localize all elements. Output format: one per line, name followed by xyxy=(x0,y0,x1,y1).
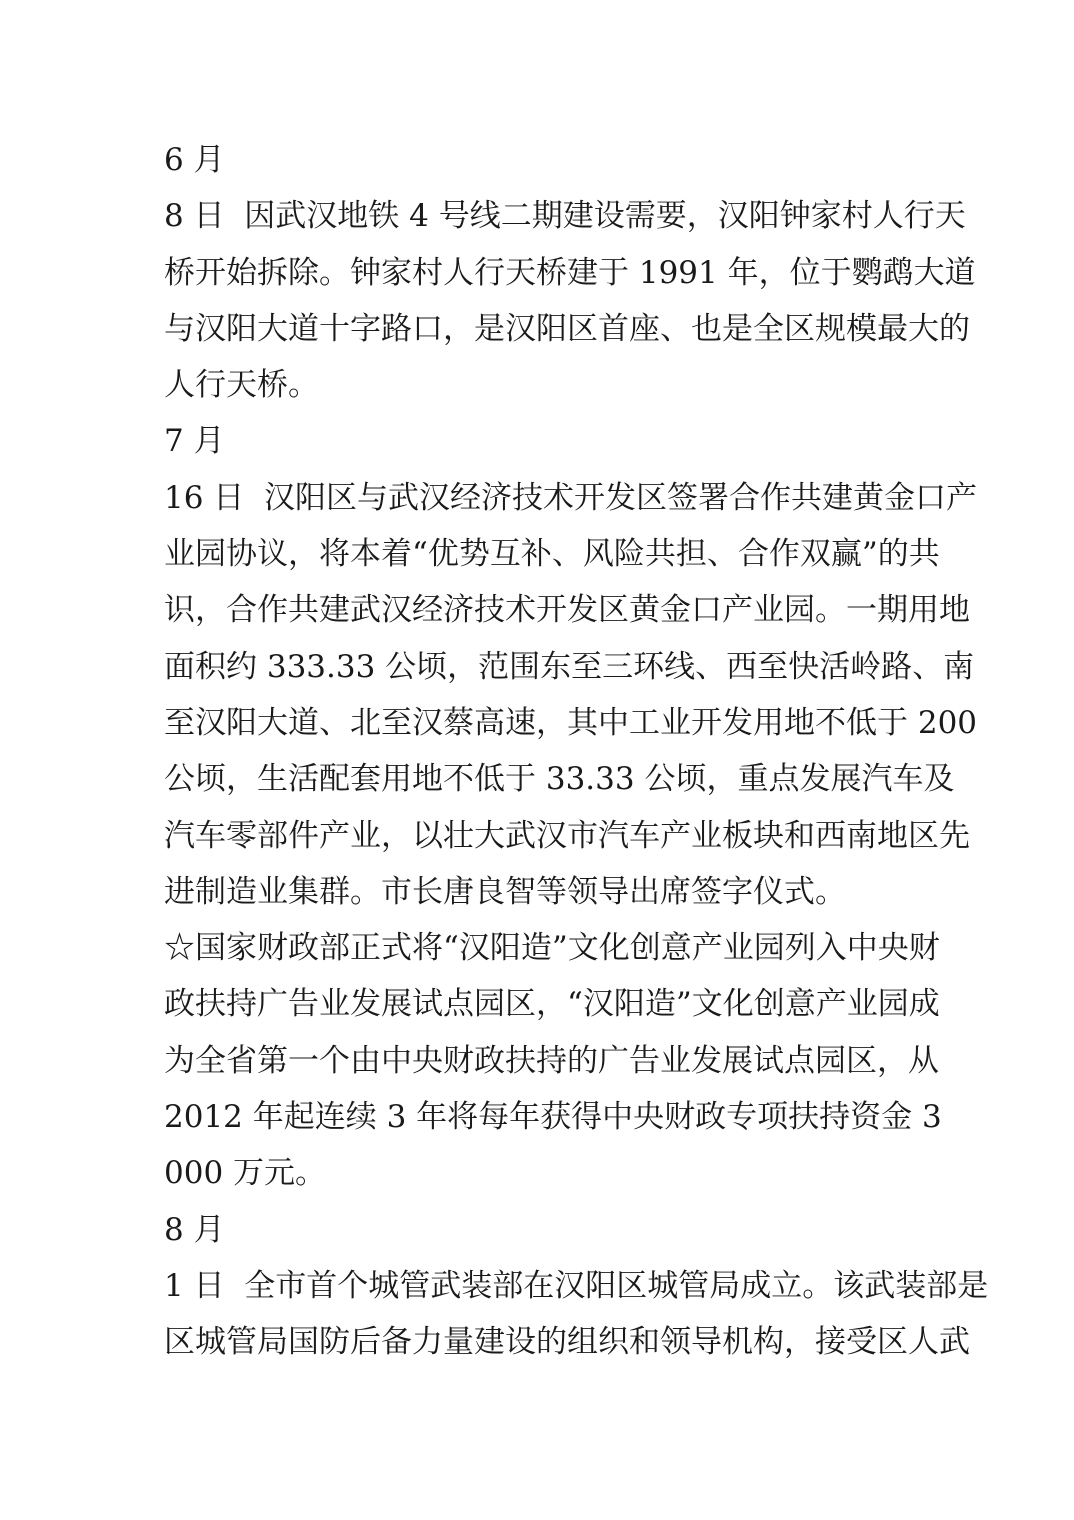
entry-line: 000 万元。 xyxy=(164,1153,914,1209)
entry-line: 8 日 因武汉地铁 4 号线二期建设需要，汉阳钟家村人行天 xyxy=(164,196,914,252)
entry-line: 16 日 汉阳区与武汉经济技术开发区签署合作共建黄金口产 xyxy=(164,478,914,534)
entry-line: 2012 年起连续 3 年将每年获得中央财政专项扶持资金 3 xyxy=(164,1097,914,1153)
entry-line: 为全省第一个由中央财政扶持的广告业发展试点园区，从 xyxy=(164,1041,914,1097)
entry-line: 公顷，生活配套用地不低于 33.33 公顷，重点发展汽车及 xyxy=(164,759,914,815)
entry-line: 桥开始拆除。钟家村人行天桥建于 1991 年，位于鹦鹉大道 xyxy=(164,253,914,309)
month-heading: 7 月 xyxy=(164,421,914,477)
entry-line: 人行天桥。 xyxy=(164,365,914,421)
entry-line: 政扶持广告业发展试点园区，“汉阳造”文化创意产业园成 xyxy=(164,984,914,1040)
entry-line: 进制造业集群。市长唐良智等领导出席签字仪式。 xyxy=(164,872,914,928)
entry-line: 1 日 全市首个城管武装部在汉阳区城管局成立。该武装部是 xyxy=(164,1266,914,1322)
entry-line: 业园协议，将本着“优势互补、风险共担、合作双赢”的共 xyxy=(164,534,914,590)
entry-line: 识，合作共建武汉经济技术开发区黄金口产业园。一期用地 xyxy=(164,590,914,646)
document-body: 6 月 8 日 因武汉地铁 4 号线二期建设需要，汉阳钟家村人行天 桥开始拆除。… xyxy=(164,140,914,1379)
month-heading: 8 月 xyxy=(164,1210,914,1266)
month-heading: 6 月 xyxy=(164,140,914,196)
entry-line: ☆国家财政部正式将“汉阳造”文化创意产业园列入中央财 xyxy=(164,928,914,984)
entry-line: 汽车零部件产业，以壮大武汉市汽车产业板块和西南地区先 xyxy=(164,816,914,872)
entry-line: 区城管局国防后备力量建设的组织和领导机构，接受区人武 xyxy=(164,1322,914,1378)
entry-line: 与汉阳大道十字路口，是汉阳区首座、也是全区规模最大的 xyxy=(164,309,914,365)
document-page: 6 月 8 日 因武汉地铁 4 号线二期建设需要，汉阳钟家村人行天 桥开始拆除。… xyxy=(0,0,1074,1520)
entry-line: 至汉阳大道、北至汉蔡高速，其中工业开发用地不低于 200 xyxy=(164,703,914,759)
entry-line: 面积约 333.33 公顷，范围东至三环线、西至快活岭路、南 xyxy=(164,647,914,703)
